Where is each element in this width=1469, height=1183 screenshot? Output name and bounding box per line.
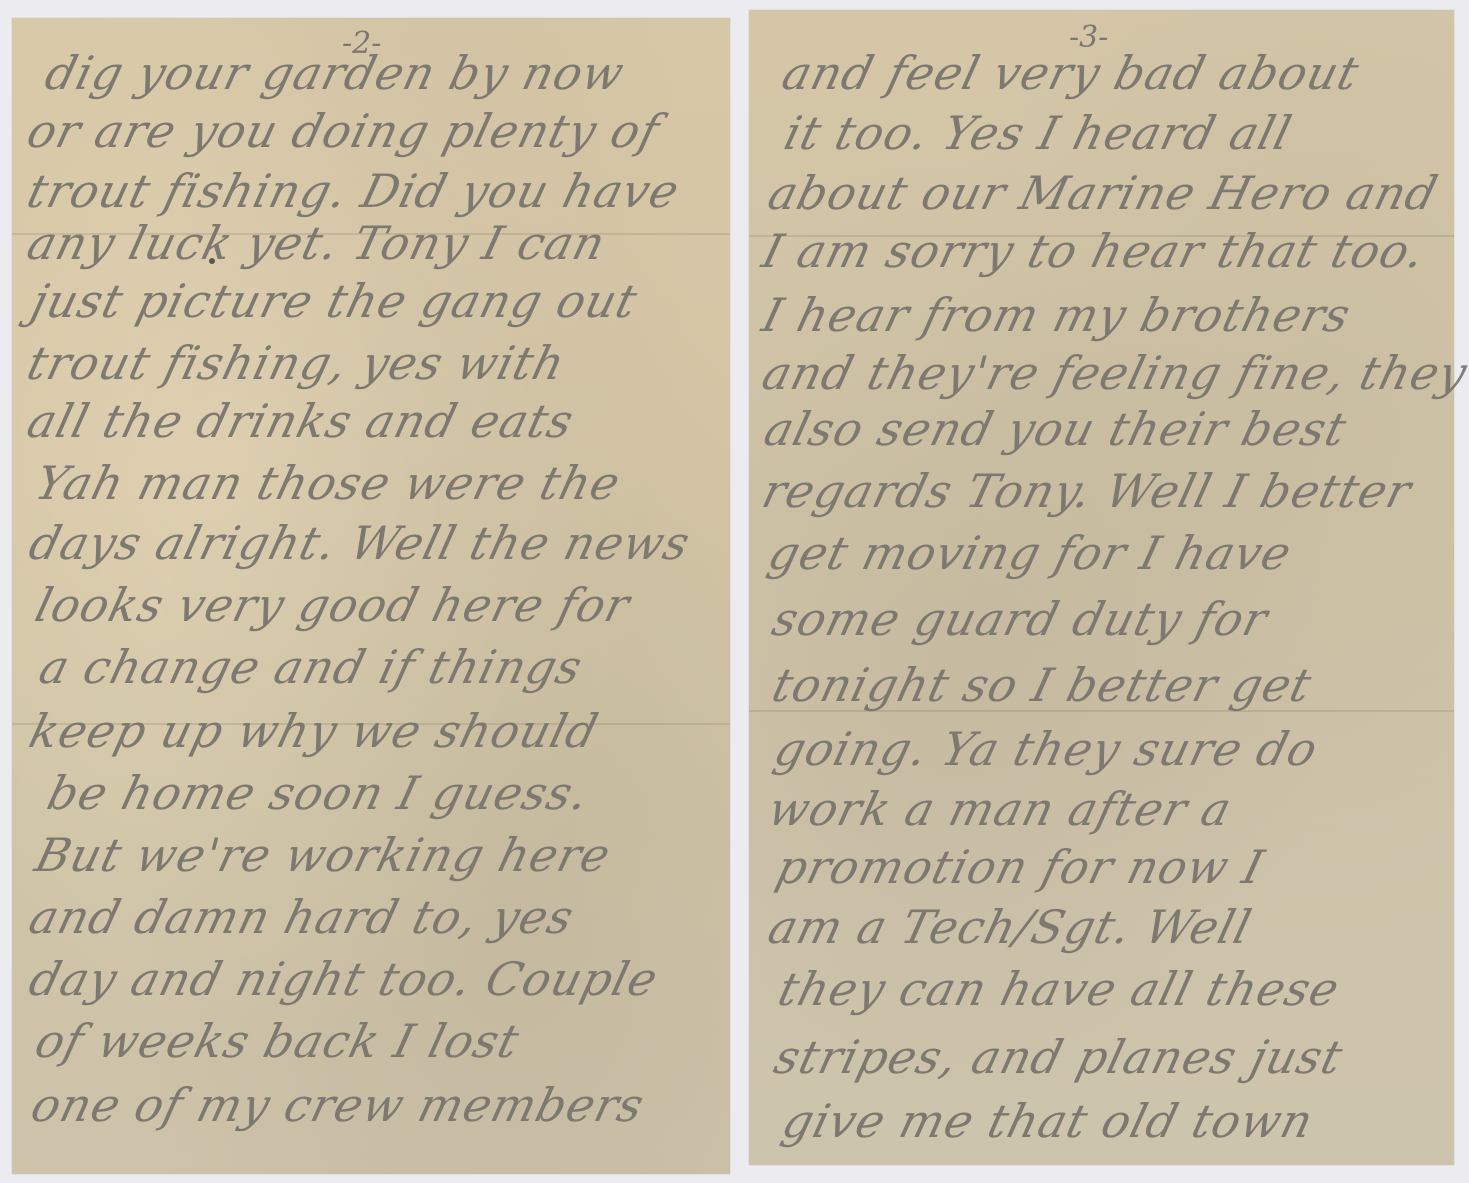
letter-line: of weeks back I lost (30, 1014, 525, 1068)
letter-line: and feel very bad about (777, 46, 1365, 100)
letter-line: get moving for I have (763, 526, 1297, 580)
letter-line: some guard duty for (767, 592, 1274, 646)
letter-line: just picture the gang out (26, 274, 643, 328)
letter-line: looks very good here for (30, 578, 636, 632)
letter-line: regards Tony. Well I better (757, 464, 1417, 518)
letter-line: day and night too. Couple (24, 952, 664, 1006)
letter-line: a change and if things (34, 640, 588, 694)
letter-line: trout fishing. Did you have (22, 164, 685, 218)
letter-line: any luck yet. Tony I can (22, 216, 611, 270)
letter-line: they can have all these (773, 962, 1345, 1016)
letter-line: it too. Yes I heard all (779, 106, 1297, 160)
letter-line: trout fishing, yes with (22, 336, 571, 390)
letter-line: Yah man those were the (30, 456, 626, 510)
letter-line: all the drinks and eats (22, 394, 580, 448)
letter-line: one of my crew members (26, 1078, 650, 1132)
letter-line: I am sorry to hear that too. (757, 224, 1431, 278)
letter-page-2: -2- dig your garden by now or are you do… (12, 18, 730, 1174)
letter-line: or are you doing plenty of (22, 104, 665, 158)
letter-line: tonight so I better get (767, 658, 1318, 712)
letter-line: also send you their best (759, 402, 1352, 456)
letter-line: am a Tech/Sgt. Well (763, 900, 1257, 954)
letter-line: keep up why we should (24, 704, 604, 758)
letter-line: days alright. Well the news (24, 516, 696, 570)
letter-scan: -2- dig your garden by now or are you do… (0, 0, 1469, 1183)
letter-line: But we're working here (30, 828, 616, 882)
letter-line: and they're feeling fine, they (757, 346, 1469, 400)
letter-line: be home soon I guess. (42, 766, 595, 820)
letter-line: I hear from my brothers (757, 288, 1356, 342)
letter-line: work a man after a (763, 782, 1238, 836)
letter-line: dig your garden by now (40, 46, 630, 100)
letter-line: going. Ya they sure do (769, 722, 1324, 776)
letter-line: promotion for now I (771, 840, 1270, 894)
letter-line: stripes, and planes just (769, 1030, 1349, 1084)
letter-line: give me that old town (777, 1094, 1319, 1148)
letter-line: about our Marine Hero and (763, 166, 1444, 220)
letter-line: and damn hard to, yes (24, 890, 580, 944)
letter-page-3: -3- and feel very bad about it too. Yes … (749, 10, 1454, 1165)
